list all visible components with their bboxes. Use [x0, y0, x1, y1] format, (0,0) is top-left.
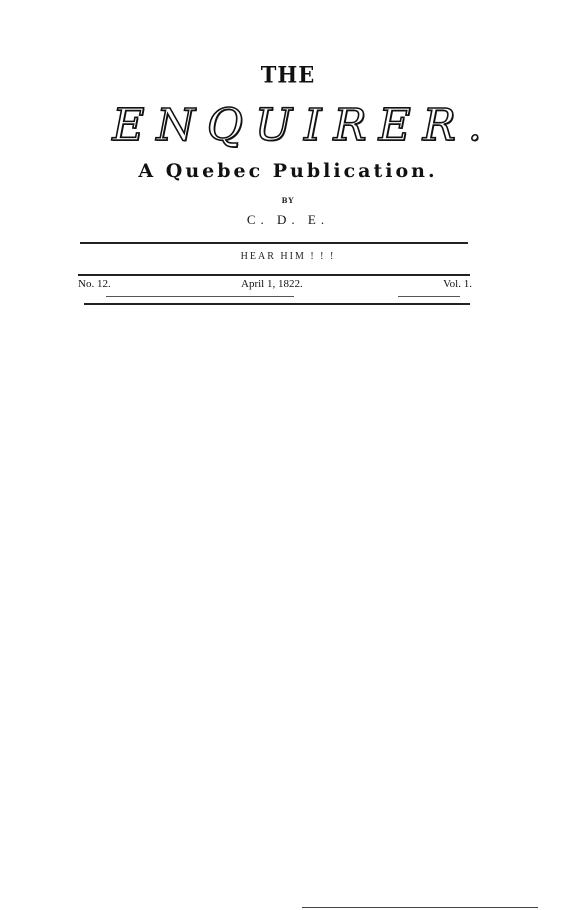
divider-bottom [84, 303, 470, 305]
motto: HEAR HIM ! ! ! [0, 251, 576, 262]
issue-date: April 1, 1822. [241, 278, 303, 290]
page-edge-rule [302, 907, 538, 908]
divider-thin-left [106, 296, 294, 297]
byline-label: BY [0, 196, 576, 205]
issue-volume: Vol. 1. [443, 278, 472, 290]
issue-number: No. 12. [78, 278, 111, 290]
divider-top [80, 242, 468, 244]
divider-thin-right [398, 296, 460, 297]
title-page: THE ENQUIRER. A Quebec Publication. BY C… [0, 0, 576, 910]
masthead-title: ENQUIRER. [0, 100, 576, 151]
masthead-subtitle: A Quebec Publication. [0, 160, 576, 182]
divider-middle [78, 274, 470, 276]
issue-line: No. 12. April 1, 1822. Vol. 1. [78, 278, 472, 294]
author-initials: C. D. E. [0, 212, 576, 228]
masthead-article: THE [0, 61, 576, 87]
